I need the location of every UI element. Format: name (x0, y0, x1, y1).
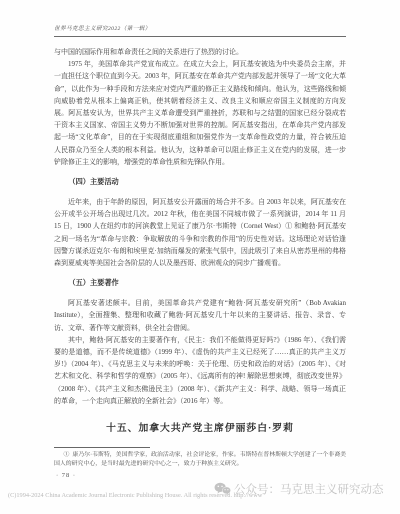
paragraph-main-activities: 近年来，由于年龄的原因，阿瓦基安公开露面的场合并不多。自 2003 年以来，阿瓦… (54, 196, 346, 269)
paragraph-continuation: 与中国的国际作用和革命责任之间的关系进行了热烈的讨论。 (54, 46, 346, 58)
footnote-area: ① 康乃尔·韦斯特，美国哲学家，政治活动家，社会评论家，作家。韦斯特在普林斯顿大… (54, 447, 346, 469)
section-heading-major-works: （五）主要著作 (54, 278, 346, 288)
wechat-icon (214, 482, 231, 496)
paragraph-1975-founding: 1975 年，美国革命共产党宣布成立。在成立大会上，阿瓦基安被选为中央委员会主席… (54, 58, 346, 168)
running-header: 世界马克思主义研究2022（第一辑） (54, 24, 346, 37)
watermark: 公众号：马克思主义研究动态 (214, 481, 384, 497)
page-content: 世界马克思主义研究2022（第一辑） 与中国的国际作用和革命责任之间的关系进行了… (54, 24, 346, 446)
footnote-marker: ① (63, 452, 69, 458)
chapter-heading-elizabeth-rowley: 十五、加拿大共产党主席伊丽莎白·罗莉 (54, 423, 346, 435)
page-number: · 78 · (56, 472, 76, 479)
journal-scan-page: 世界马克思主义研究2022（第一辑） 与中国的国际作用和革命责任之间的关系进行了… (0, 0, 400, 514)
paragraph-works-intro: 阿瓦基安著述颇丰。目前，美国革命共产党建有“鲍勃·阿瓦基安研究所”（Bob Av… (54, 297, 346, 334)
footnote-separator (54, 447, 150, 448)
watermark-text: 公众号：马克思主义研究动态 (234, 481, 384, 497)
paragraph-works-list: 其中，鲍勃·阿瓦基安的主要著作有，《民主：我们不能做得更好吗?》（1986 年）… (54, 334, 346, 407)
body-text: 与中国的国际作用和革命责任之间的关系进行了热烈的讨论。 1975 年，美国革命共… (54, 46, 346, 446)
section-heading-main-activities: （四）主要活动 (54, 177, 346, 187)
footnote-body: 康乃尔·韦斯特，美国哲学家，政治活动家，社会评论家，作家。韦斯特在普林斯顿大学创… (54, 452, 346, 467)
footnote-text: ① 康乃尔·韦斯特，美国哲学家，政治活动家，社会评论家，作家。韦斯特在普林斯顿大… (54, 451, 346, 469)
